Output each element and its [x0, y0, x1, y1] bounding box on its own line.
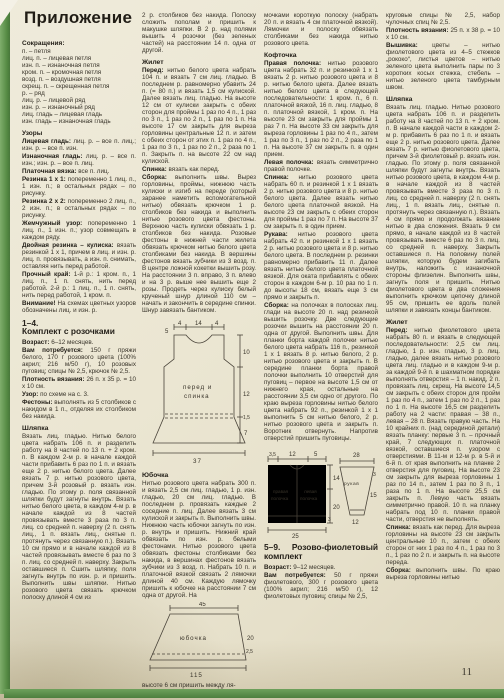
- abbreviation-item: изн. р. – изнаночный ряд: [22, 104, 136, 111]
- section-heading-5-9: 5–9. Розово-фиолетовый комплект: [264, 543, 378, 561]
- magazine-page: Приложение Сокращения: п. – петля лиц. п…: [0, 0, 504, 700]
- column-1: Сокращения: п. – петля лиц. п. – лицевая…: [22, 40, 136, 690]
- svg-text:спинка: спинка: [184, 393, 210, 400]
- svg-text:3: 3: [328, 517, 331, 523]
- svg-text:12: 12: [352, 520, 359, 526]
- svg-text:20: 20: [333, 505, 340, 511]
- jacket-sleeves: Рукава:нитью розового цвета набрать 42 п…: [264, 231, 378, 301]
- info-paragraph: Вышивка:цветы – нитью фиолетового цвета …: [386, 42, 500, 91]
- svg-text:левая: левая: [304, 489, 317, 494]
- abbreviation-item: изн. п. – изнаночная петля: [22, 62, 136, 69]
- continued-paragraph: круговые спицы № 2,5, набор чулочных спи…: [386, 12, 500, 26]
- svg-text:10: 10: [243, 350, 250, 356]
- info-paragraph: Вам потребуется:150 г пряжи белого, 170 …: [22, 347, 136, 375]
- page-corner: [0, 0, 18, 26]
- skirt-instructions: Нитью розового цвета набрать 300 п. и вя…: [142, 480, 256, 599]
- pattern-paragraph: Резинка 2 х 2:попеременно 2 лиц. п., 2 и…: [22, 198, 136, 219]
- hat-instructions-2: Вязать лиц. гладью. Нитью розового цвета…: [386, 104, 500, 314]
- svg-text:15: 15: [370, 493, 377, 499]
- svg-text:полочка: полочка: [271, 496, 289, 501]
- svg-text:25: 25: [292, 534, 299, 539]
- abbreviation-item: р. – ряд: [22, 90, 136, 97]
- svg-text:12: 12: [289, 452, 296, 458]
- svg-text:20: 20: [247, 636, 254, 642]
- jacket-back: Спинка:нитью розового цвета набрать 60 п…: [264, 174, 378, 230]
- column-3: мочками короткую полоску (набрать 20 п. …: [264, 12, 378, 690]
- vest-assembly-2: Сборка:выполнить швы. По краю выреза гор…: [386, 567, 500, 581]
- vest-heading-2: Жилет: [386, 319, 500, 326]
- column-2: 2 р. столбиков без накида. Полоску сложи…: [142, 12, 256, 690]
- svg-text:14: 14: [333, 476, 340, 482]
- svg-text:юбочка: юбочка: [180, 635, 207, 642]
- hat-instructions: Вязать лиц. гладью. Нитью белого цвета н…: [22, 433, 136, 601]
- schematic-skirt: 45 20 2,5 115 юбочка: [142, 602, 256, 680]
- svg-text:4: 4: [178, 321, 182, 327]
- abbreviation-item: лиц. п. – лицевая петля: [22, 55, 136, 62]
- svg-text:4: 4: [215, 321, 219, 327]
- abbreviation-item: изн. гладь – изнаночная гладь: [22, 118, 136, 125]
- svg-text:правая: правая: [273, 489, 289, 494]
- hat-heading-2: Шляпка: [386, 96, 500, 103]
- vest-back: Спинка:вязать как перед.: [142, 166, 256, 173]
- vest-front: Перед:нитью белого цвета набрать 104 п. …: [142, 67, 256, 165]
- svg-text:перед и: перед и: [183, 384, 212, 391]
- continued-paragraph: мочками короткую полоску (набрать 20 п. …: [264, 12, 378, 47]
- info-paragraph: Плотность вязания:26 п. х 35 р. = 10 х 1…: [22, 376, 136, 390]
- skirt-heading: Юбочка: [142, 472, 256, 479]
- page-edge-left: [0, 10, 10, 694]
- info-paragraph: Узор:по схеме на с. 3.: [22, 391, 136, 398]
- section-title: Комплект с розочками: [22, 327, 136, 336]
- jacket-left-front: Левая полочка:вязать симметрично правой …: [264, 159, 378, 173]
- pattern-paragraph: Прочный край:1-й р.: 1 кром. п., 1 лиц. …: [22, 271, 136, 299]
- schematic-fronts-sleeve: 3,5 12 5 14 20 3 25 правая полочка левая…: [264, 445, 378, 539]
- jacket-right-front: Правая полочка:нитью розового цвета набр…: [264, 60, 378, 158]
- info-paragraph: Плотность вязания:25 п. х 38 р. = 10 х 1…: [386, 27, 500, 41]
- attention-note: Внимание!На схемах цветных узоров обозна…: [22, 300, 136, 314]
- vest-assembly: Сборка:выполнить швы. Вырез горловины, п…: [142, 174, 256, 314]
- vest-back-2: Спинка:вязать как перед. Для выреза горл…: [386, 524, 500, 566]
- skirt-caption: высоте 6 см пришить между ля-: [142, 682, 256, 689]
- svg-text:3: 3: [373, 472, 376, 478]
- pattern-paragraph: Двойная резинка – кулиска:вязать резинко…: [22, 242, 136, 270]
- abbreviation-item: лиц. р. – лицевой ряд: [22, 97, 136, 104]
- svg-text:3,5: 3,5: [269, 452, 276, 458]
- svg-text:рукав: рукав: [344, 482, 359, 487]
- svg-text:5: 5: [314, 452, 318, 458]
- schematic-front-back: 4 14 4 5 10 12 1,5 7 37 перед и спинка: [143, 317, 255, 467]
- pattern-paragraph: Резинка 1 х 1:попеременно 1 лиц. п., 1 и…: [22, 176, 136, 197]
- abbreviations-heading: Сокращения:: [22, 40, 136, 47]
- info-paragraph: Вам потребуется:50 г пряжи фиолетового, …: [264, 572, 378, 600]
- svg-text:14: 14: [195, 321, 202, 327]
- svg-text:2,5: 2,5: [246, 649, 253, 655]
- continued-paragraph: 2 р. столбиков без накида. Полоску сложи…: [142, 12, 256, 54]
- svg-text:37: 37: [193, 458, 202, 465]
- jacket-heading: Кофточка: [264, 52, 378, 59]
- abbreviation-item: лиц. гладь – лицевая гладь: [22, 111, 136, 118]
- abbreviation-item: п. – петля: [22, 48, 136, 55]
- page-number: 11: [461, 666, 472, 678]
- info-paragraph: Возраст:6–12 месяцев.: [22, 339, 136, 346]
- abbreviation-item: возд. п. – воздушная петля: [22, 76, 136, 83]
- vest-front-2: Перед:нитью фиолетового цвета набрать 80…: [386, 327, 500, 523]
- abbreviation-item: кром. п. – кромочная петля: [22, 69, 136, 76]
- pattern-paragraph: Платочная вязка:все п. лиц.: [22, 168, 136, 175]
- svg-text:7: 7: [244, 431, 248, 437]
- svg-text:12: 12: [243, 392, 250, 398]
- svg-text:5: 5: [165, 329, 169, 335]
- svg-text:45: 45: [199, 602, 206, 608]
- info-paragraph: Возраст:9–12 месяцев.: [264, 564, 378, 571]
- page-title: Приложение: [24, 8, 132, 28]
- abbreviation-item: скрещ. п. – скрещенная петля: [22, 83, 136, 90]
- vest-heading: Жилет: [142, 59, 256, 66]
- info-paragraph: Фестоны:выполнять из 5 столбиков с накид…: [22, 399, 136, 420]
- svg-text:115: 115: [190, 672, 203, 679]
- pattern-paragraph: Изнаночная гладь:лиц. р. – все п. изн.; …: [22, 153, 136, 167]
- svg-text:полочка: полочка: [300, 496, 318, 501]
- page-edge-bottom: [4, 689, 504, 698]
- patterns-heading: Узоры: [22, 130, 136, 137]
- jacket-assembly: Сборка:на полочках в полосках лиц. глади…: [264, 302, 378, 442]
- svg-text:1,5: 1,5: [243, 415, 250, 421]
- hat-heading: Шляпка: [22, 425, 136, 432]
- column-4: круговые спицы № 2,5, набор чулочных спи…: [386, 12, 500, 680]
- pattern-paragraph: Жемчужный узор:попеременно 1 лиц. п., 1 …: [22, 220, 136, 241]
- svg-text:28: 28: [353, 453, 360, 459]
- pattern-paragraph: Лицевая гладь:лиц. р. – все п. лиц.; изн…: [22, 138, 136, 152]
